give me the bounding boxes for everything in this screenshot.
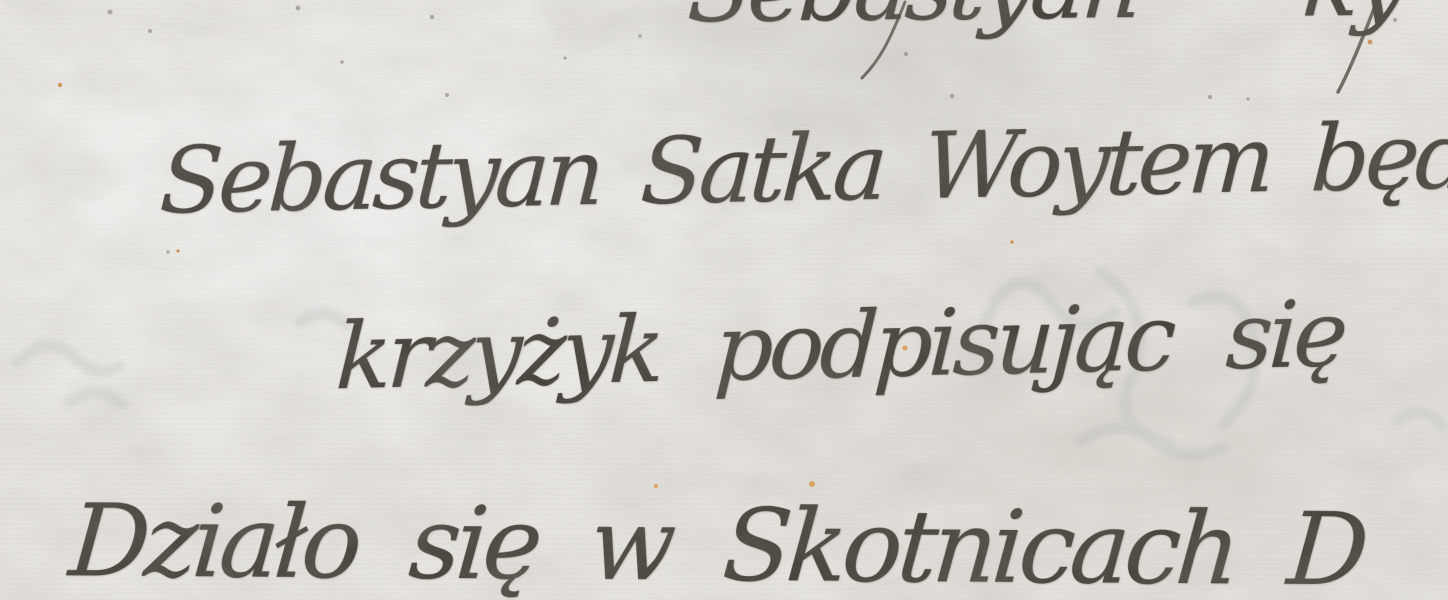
handwriting-line-bottom-partial: Działo się w Skotnicach D bbox=[66, 492, 1367, 600]
foxing-specks bbox=[58, 40, 1373, 488]
handwriting-line-top-partial: Sebastyan ky bbox=[685, 0, 1406, 37]
handwriting-line-1: Sebastyan Satka Woytem będąc bbox=[158, 108, 1448, 227]
manuscript-scan: Sebastyan ky Sebastyan Satka Woytem będą… bbox=[0, 0, 1448, 600]
handwriting-line-2: krzyżyk podpisując się bbox=[334, 289, 1346, 404]
